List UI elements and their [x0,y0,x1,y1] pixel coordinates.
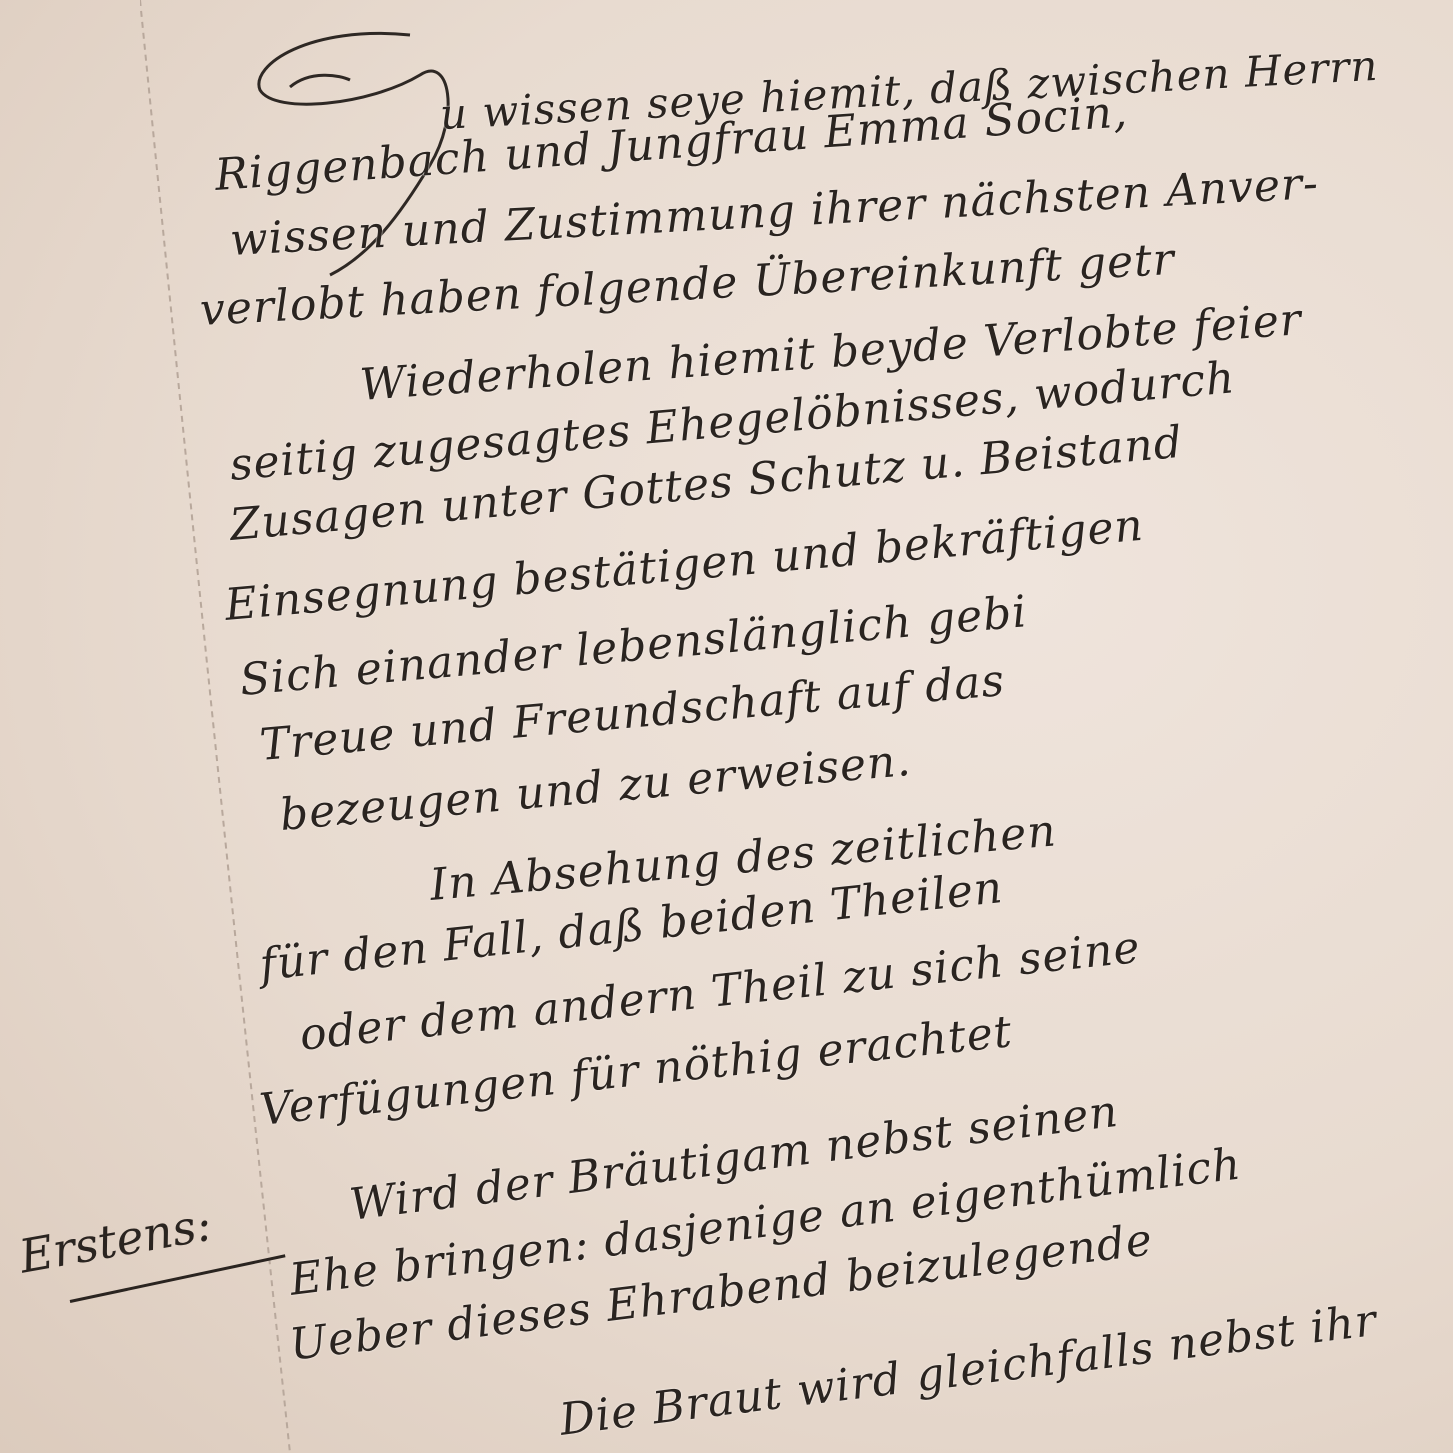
manuscript-page: u wissen seye hiemit, daß zwischen Herrn… [0,0,1453,1453]
